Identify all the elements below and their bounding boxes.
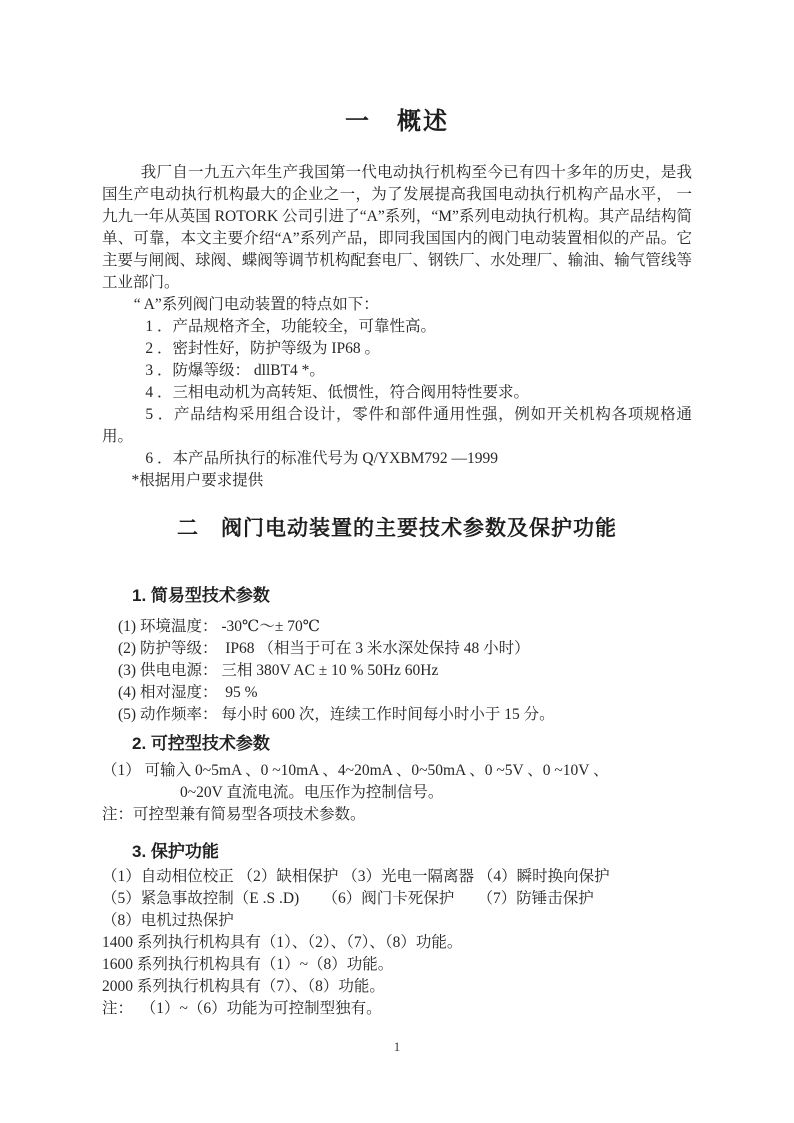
feature-item: 6 ．本产品所执行的标准代号为 Q/YXBM792 —1999 [102,448,692,470]
feature-item: 3 ．防爆等级： dllBT4 *。 [102,360,692,382]
feature-item: 1 ．产品规格齐全，功能较全，可靠性高。 [102,316,692,338]
page-number: 1 [102,1038,692,1056]
section1-body: 我厂自一九五六年生产我国第一代电动执行机构至今已有四十多年的历史，是我国生产电动… [102,162,692,492]
protection-line: 2000 系列执行机构具有（7）、（8）功能。 [102,976,692,998]
feature-item: 2 ．密封性好，防护等级为 IP68 。 [102,338,692,360]
param-item: (4) 相对湿度： 95 % [102,682,692,704]
protection-line: （8）电机过热保护 [102,910,692,932]
protection-list: （1）自动相位校正 （2）缺相保护 （3）光电一隔离器 （4）瞬时换向保护 （5… [102,866,692,1020]
feature-item: 4 ．三相电动机为高转矩、低惯性，符合阀用特性要求。 [102,382,692,404]
protection-line: 1600 系列执行机构具有（1）~（8）功能。 [102,954,692,976]
protection-line: （5）紧急事故控制（E .S .D) （6）阀门卡死保护 （7）防锤击保护 [102,888,692,910]
param-item: (1) 环境温度： -30℃～± 70℃ [102,616,692,638]
section1-title: 一 概述 [102,104,692,140]
document-page: 一 概述 我厂自一九五六年生产我国第一代电动执行机构至今已有四十多年的历史，是我… [0,0,794,1123]
protection-heading: 3. 保护功能 [102,840,692,864]
feature-item: 5 ．产品结构采用组合设计，零件和部件通用性强，例如开关机构各项规格通用。 [102,404,692,448]
section1-paragraph: 我厂自一九五六年生产我国第一代电动执行机构至今已有四十多年的历史，是我国生产电动… [102,162,692,294]
protection-line: 注： （1）~（6）功能为可控制型独有。 [102,998,692,1020]
footnote: *根据用户要求提供 [102,470,692,492]
param-item: (5) 动作频率： 每小时 600 次，连续工作时间每小时小于 15 分。 [102,704,692,726]
controllable-note: 注：可控型兼有简易型各项技术参数。 [102,804,692,826]
features-intro: “ A”系列阀门电动装置的特点如下： [102,294,692,316]
protection-line: 1400 系列执行机构具有（1）、（2）、（7）、（8）功能。 [102,932,692,954]
controllable-params-body: （1） 可输入 0~5mA 、0 ~10mA 、4~20mA 、0~50mA 、… [102,760,692,826]
controllable-params-heading: 2. 可控型技术参数 [102,732,692,756]
controllable-input-continuation: 0~20V 直流电流。电压作为控制信号。 [102,782,692,804]
protection-line: （1）自动相位校正 （2）缺相保护 （3）光电一隔离器 （4）瞬时换向保护 [102,866,692,888]
simple-params-list: (1) 环境温度： -30℃～± 70℃ (2) 防护等级： IP68 （相当于… [102,616,692,726]
controllable-input-line: （1） 可输入 0~5mA 、0 ~10mA 、4~20mA 、0~50mA 、… [102,760,692,782]
simple-params-heading: 1. 简易型技术参数 [102,584,692,608]
param-item: (3) 供电电源： 三相 380V AC ± 10 % 50Hz 60Hz [102,660,692,682]
param-item: (2) 防护等级： IP68 （相当于可在 3 米水深处保持 48 小时） [102,638,692,660]
features-list: 1 ．产品规格齐全，功能较全，可靠性高。 2 ．密封性好，防护等级为 IP68 … [102,316,692,470]
section2-title: 二 阀门电动装置的主要技术参数及保护功能 [102,512,692,546]
